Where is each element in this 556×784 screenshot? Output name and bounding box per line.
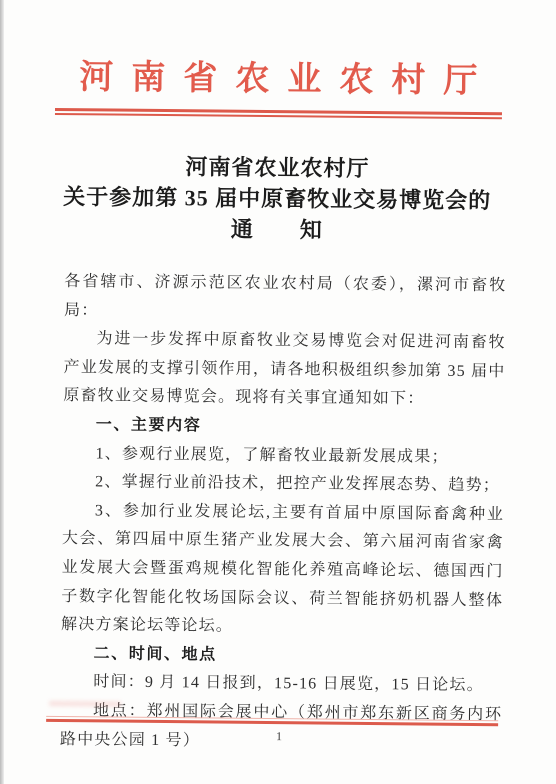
letterhead-agency-title: 河南省农业农村厅 <box>0 56 556 103</box>
scan-smudge-artifact <box>49 701 121 707</box>
time-line: 时间：9 月 14 日报到，15-16 日展览，15 日论坛。 <box>60 668 502 701</box>
title-line-2: 关于参加第 35 届中原畜牧业交易博览会的 <box>0 180 555 216</box>
notice-body: 各省辖市、济源示范区农业农村局（农委），漯河市畜牧局： 为进一步发挥中原畜牧业交… <box>60 268 507 758</box>
title-line-3: 通 知 <box>0 211 555 247</box>
letterhead-divider-line <box>54 108 501 119</box>
intro-paragraph: 为进一步发挥中原畜牧业交易博览会对促进河南畜牧产业发展的支撑引领作用，请各地积极… <box>63 325 506 415</box>
recipient-line: 各省辖市、济源示范区农业农村局（农委），漯河市畜牧局： <box>64 268 507 329</box>
section-2-heading: 二、时间、地点 <box>61 640 503 673</box>
section-1-heading: 一、主要内容 <box>63 411 505 444</box>
document-content: 河南省农业农村厅 河南省农业农村厅 关于参加第 35 届中原畜牧业交易博览会的 … <box>0 0 556 784</box>
document-title: 河南省农业农村厅 关于参加第 35 届中原畜牧业交易博览会的 通 知 <box>0 149 556 247</box>
scanned-notice-page: 河南省农业农村厅 河南省农业农村厅 关于参加第 35 届中原畜牧业交易博览会的 … <box>0 0 556 784</box>
list-item-3: 3、参加行业发展论坛,主要有首届中原国际畜禽种业大会、第四届中原生猪产业发展大会… <box>61 497 504 644</box>
list-item-1: 1、参观行业展览，了解畜牧业最新发展成果； <box>63 440 505 473</box>
list-item-2: 2、掌握行业前沿技术，把控产业发挥展态势、趋势； <box>62 468 504 501</box>
